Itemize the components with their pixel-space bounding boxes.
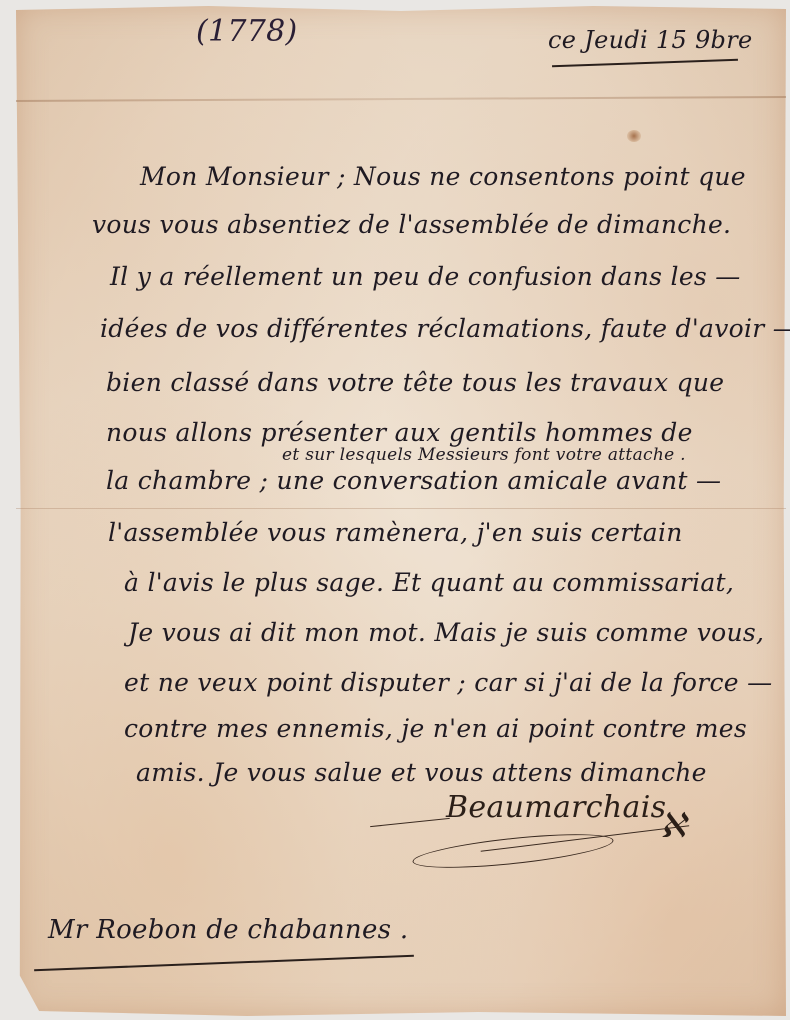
- body-line: vous vous absentiez de l'assemblée de di…: [92, 210, 731, 239]
- body-line: Je vous ai dit mon mot. Mais je suis com…: [128, 618, 764, 647]
- body-line: idées de vos différentes réclamations, f…: [100, 314, 790, 343]
- body-line: à l'avis le plus sage. Et quant au commi…: [124, 568, 734, 597]
- body-line: bien classé dans votre tête tous les tra…: [106, 368, 724, 397]
- body-line: contre mes ennemis, je n'en ai point con…: [124, 714, 747, 743]
- interlinear-insertion: et sur lesquels Messieurs font votre att…: [282, 445, 686, 465]
- body-line: l'assemblée vous ramènera, j'en suis cer…: [108, 518, 683, 547]
- body-line: la chambre ; une conversation amicale av…: [106, 466, 721, 495]
- paper-fold-line: [16, 508, 786, 509]
- body-line: Il y a réellement un peu de confusion da…: [110, 262, 741, 291]
- addressee: Mr Roebon de chabannes .: [48, 915, 408, 945]
- ink-stain: [627, 130, 641, 142]
- body-line: nous allons présenter aux gentils hommes…: [106, 418, 693, 447]
- body-line: amis. Je vous salue et vous attens diman…: [136, 758, 707, 787]
- year-annotation: (1778): [196, 14, 298, 49]
- signature: Beaumarchais: [446, 790, 666, 825]
- body-line: Mon Monsieur ; Nous ne consentons point …: [140, 162, 746, 191]
- letter-date: ce Jeudi 15 9bre: [548, 26, 753, 54]
- body-line: et ne veux point disputer ; car si j'ai …: [124, 668, 772, 697]
- letter-paper: [16, 6, 786, 1016]
